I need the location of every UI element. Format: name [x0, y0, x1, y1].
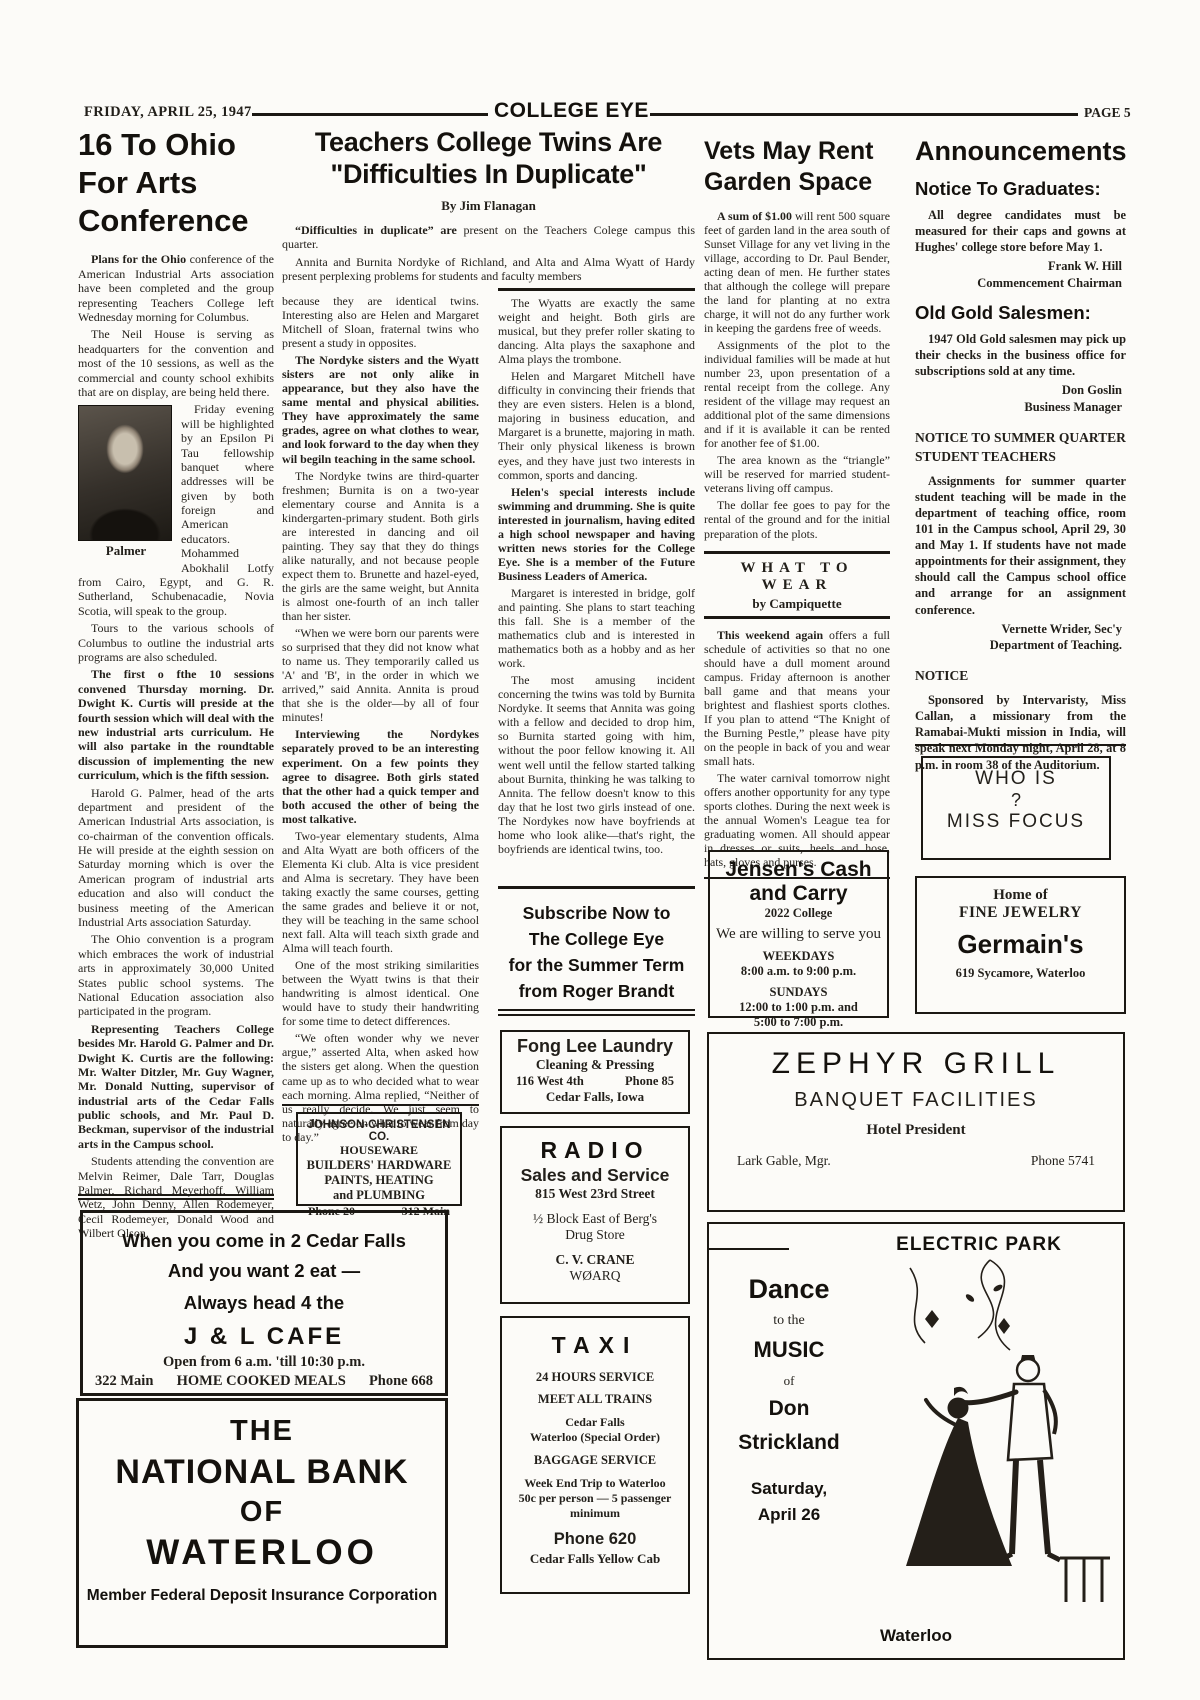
paragraph: “When we were born our parents were so s… [282, 626, 479, 724]
ad-text: And you want 2 eat — [83, 1260, 445, 1282]
ad-text: from Roger Brandt [498, 978, 695, 1004]
lead-phrase: Plans for the Ohio [91, 252, 186, 266]
ad-text: BANQUET FACILITIES [709, 1089, 1123, 1112]
ad-phone: Phone 85 [625, 1074, 674, 1089]
ad-company-name: Jensen's Cash [710, 858, 887, 882]
ad-contact-row: Lark Gable, Mgr. Phone 5741 [709, 1139, 1123, 1169]
ad-address: 116 West 4th [516, 1074, 584, 1089]
ad-text: 50c per person — 5 passenger [502, 1491, 688, 1506]
ad-label: SUNDAYS [710, 985, 887, 1000]
ad-city: Waterloo [709, 1626, 1123, 1646]
announcements-title: Announcements [915, 136, 1126, 167]
paragraph: The dollar fee goes to pay for the renta… [704, 498, 890, 540]
signature: Frank W. Hill Commencement Chairman [915, 258, 1126, 291]
signature-name: Don Goslin [915, 382, 1122, 398]
headline-line: Garden Space [704, 167, 890, 198]
masthead-page-number: PAGE 5 [1084, 105, 1131, 121]
headline-line: Conference [78, 202, 274, 240]
ad-call-sign: WØARQ [502, 1268, 688, 1284]
ad-title: ELECTRIC PARK [839, 1234, 1119, 1256]
paragraph: The first o fthe 10 sessions convened Th… [78, 667, 274, 782]
ad-text: ½ Block East of Berg's [502, 1211, 688, 1227]
ad-text: MISS FOCUS [923, 811, 1109, 833]
paragraph: The most amusing incident concerning the… [498, 673, 695, 856]
announcements-column: Announcements Notice To Graduates: All d… [915, 136, 1126, 776]
ad-company-name: Cedar Falls Yellow Cab [502, 1551, 688, 1567]
paragraph: This weekend again offers a full schedul… [704, 628, 890, 768]
ad-text: Hotel President [709, 1122, 1123, 1139]
ad-text: FINE JEWELRY [917, 904, 1124, 922]
article-ohio-conference: 16 To Ohio For Arts Conference Plans for… [78, 126, 274, 1244]
ad-text: minimum [502, 1506, 688, 1521]
ad-address: 2022 College [710, 906, 887, 921]
twins-headline: Teachers College Twins Are "Difficulties… [282, 126, 695, 191]
ad-label: WEEKDAYS [710, 949, 887, 964]
ad-text: MEET ALL TRAINS [502, 1392, 688, 1407]
paragraph: Interviewing the Nordykes separately pro… [282, 727, 479, 825]
headline-line: Teachers College Twins Are [282, 126, 695, 158]
paragraph: because they are identical twins. Intere… [282, 294, 479, 350]
ad-text: Strickland [709, 1431, 869, 1455]
headline-line: "Difficulties In Duplicate" [282, 158, 695, 190]
ad-tagline: We are willing to serve you [710, 926, 887, 943]
ad-text: Subscribe Now to [498, 900, 695, 926]
ad-text: Waterloo (Special Order) [502, 1430, 688, 1445]
ohio-headline: 16 To Ohio For Arts Conference [78, 126, 274, 239]
ad-text: Always head 4 the [83, 1292, 445, 1314]
ad-text: BAGGAGE SERVICE [502, 1453, 688, 1468]
ad-company-name: JOHNSON-CHRISTENSEN CO. [298, 1119, 460, 1143]
ad-contact-row: 322 Main HOME COOKED MEALS Phone 668 [83, 1371, 445, 1390]
ad-owner-name: C. V. CRANE [502, 1252, 688, 1268]
ad-text: Week End Trip to Waterloo [502, 1476, 688, 1491]
ad-text: Don [709, 1397, 869, 1421]
photo-caption: Palmer [78, 543, 174, 559]
ad-text: Home of [917, 887, 1124, 904]
ad-text: Cleaning & Pressing [502, 1057, 688, 1073]
paragraph: The Wyatts are exactly the same weight a… [498, 296, 695, 366]
ad-address: 815 West 23rd Street [502, 1186, 688, 1202]
signature-title: Department of Teaching. [915, 637, 1122, 653]
ad-phone: Phone 668 [369, 1373, 433, 1390]
ad-address: 619 Sycamore, Waterloo [917, 966, 1124, 981]
paragraph: Margaret is interested in bridge, golf a… [498, 586, 695, 670]
signature-name: Vernette Wrider, Sec'y [915, 621, 1122, 637]
paragraph: Assignments for summer quarter student t… [915, 473, 1126, 618]
ad-electric-park: ELECTRIC PARK Dance to the MUSIC of Don … [707, 1222, 1125, 1660]
ad-zephyr-grill: ZEPHYR GRILL BANQUET FACILITIES Hotel Pr… [707, 1032, 1125, 1212]
twins-byline: By Jim Flanagan [282, 198, 695, 214]
ad-city: Cedar Falls, Iowa [502, 1089, 688, 1105]
lead-phrase: This weekend again [717, 628, 823, 642]
paragraph-text: will rent 500 square feet of garden land… [704, 209, 890, 335]
ad-company-name: Fong Lee Laundry [502, 1036, 688, 1057]
ad-tagline: HOME COOKED MEALS [177, 1373, 346, 1390]
paragraph: The Ohio convention is a program which e… [78, 932, 274, 1018]
ad-hours: 8:00 a.m. to 9:00 p.m. [710, 964, 887, 979]
ad-jl-cafe: When you come in 2 Cedar Falls And you w… [80, 1210, 448, 1396]
masthead-date: FRIDAY, APRIL 25, 1947 [84, 104, 252, 121]
ad-text: Drug Store [502, 1227, 688, 1243]
paragraph: Tours to the various schools of Columbus… [78, 621, 274, 664]
ad-contact-row: 116 West 4th Phone 85 [502, 1073, 688, 1089]
ad-text: The College Eye [498, 926, 695, 952]
what-to-wear-heading: WHAT TO WEAR by Campiquette [704, 551, 890, 619]
lead-phrase: A sum of $1.00 [717, 209, 792, 223]
signature-title: Business Manager [915, 399, 1122, 415]
column-end-rule [282, 1104, 479, 1106]
column-end-rule [915, 744, 1126, 746]
ad-address: 322 Main [95, 1373, 153, 1390]
ad-text: Dance [709, 1274, 869, 1305]
section-heading: Notice To Graduates: [915, 178, 1126, 200]
signature-title: Commencement Chairman [915, 275, 1122, 291]
headline-line: Vets May Rent [704, 136, 890, 167]
ad-company-name: J & L CAFE [83, 1323, 445, 1351]
section-heading: Old Gold Salesmen: [915, 302, 1126, 324]
ad-taxi-yellow-cab: TAXI 24 HOURS SERVICE MEET ALL TRAINS Ce… [500, 1316, 690, 1594]
ad-johnson-christensen: JOHNSON-CHRISTENSEN CO. HOUSEWARE BUILDE… [296, 1112, 462, 1206]
section-heading: NOTICE TO SUMMER QUARTER STUDENT TEACHER… [915, 429, 1126, 467]
signature: Don Goslin Business Manager [915, 382, 1126, 415]
paragraph: Annita and Burnita Nordyke of Richland, … [282, 255, 695, 284]
ad-text: Saturday, [709, 1479, 869, 1499]
paragraph: Assignments of the plot to the individua… [704, 338, 890, 450]
ad-text: OF [79, 1496, 445, 1529]
paragraph: The area known as the “triangle” will be… [704, 453, 890, 495]
ad-phone: Phone 5741 [1031, 1153, 1095, 1169]
masthead-rule-right [650, 113, 1078, 116]
headline-line: 16 To Ohio [78, 126, 274, 164]
column-title: WHAT TO WEAR [704, 560, 890, 594]
ad-subtitle: Sales and Service [502, 1165, 688, 1186]
article-vets-garden: Vets May Rent Garden Space A sum of $1.0… [704, 136, 890, 879]
ad-fong-lee-laundry: Fong Lee Laundry Cleaning & Pressing 116… [500, 1030, 690, 1114]
paragraph: Helen's special interests include swimmi… [498, 485, 695, 583]
article-twins: Teachers College Twins Are "Difficulties… [282, 126, 695, 286]
ad-text: Cedar Falls [502, 1415, 688, 1430]
paragraph: The Nordyke sisters and the Wyatt sister… [282, 353, 479, 465]
ad-manager: Lark Gable, Mgr. [737, 1153, 831, 1169]
ad-who-is-miss-focus: WHO IS ? MISS FOCUS [921, 756, 1111, 860]
ad-text: April 26 [709, 1505, 869, 1525]
palmer-portrait-photo [78, 405, 172, 541]
ad-hours: Open from 6 a.m. 'till 10:30 p.m. [83, 1354, 445, 1371]
ad-text: ? [923, 790, 1109, 811]
newspaper-page: FRIDAY, APRIL 25, 1947 COLLEGE EYE PAGE … [0, 0, 1200, 1700]
section-heading: NOTICE [915, 667, 1126, 686]
ad-text: of [709, 1373, 869, 1389]
ad-text: HOUSEWARE [298, 1143, 460, 1158]
paragraph: Plans for the Ohio conference of the Ame… [78, 252, 274, 324]
ad-title: TAXI [502, 1332, 688, 1359]
paragraph: The Nordyke twins are third-quarter fres… [282, 469, 479, 624]
paragraph: One of the most striking similarities be… [282, 958, 479, 1028]
ad-text: THE [79, 1415, 445, 1448]
masthead-title: COLLEGE EYE [494, 99, 649, 123]
ad-text: BUILDERS' HARDWARE [298, 1158, 460, 1173]
ohio-body: Plans for the Ohio conference of the Ame… [78, 252, 274, 1240]
paragraph: Representing Teachers College besides Mr… [78, 1022, 274, 1152]
signature: Vernette Wrider, Sec'y Department of Tea… [915, 621, 1126, 654]
paragraph: “Difficulties in duplicate” are present … [282, 223, 695, 252]
dancing-couple-illustration [870, 1258, 1115, 1618]
ad-city: WATERLOO [79, 1533, 445, 1573]
twins-column-b: The Wyatts are exactly the same weight a… [498, 288, 695, 859]
signature-name: Frank W. Hill [915, 258, 1122, 274]
ad-text: MUSIC [709, 1337, 869, 1363]
lead-phrase: “Difficulties in duplicate” are [295, 223, 457, 237]
ad-company-name: and Carry [710, 882, 887, 906]
ad-company-name: NATIONAL BANK [79, 1453, 445, 1492]
vets-headline: Vets May Rent Garden Space [704, 136, 890, 199]
ad-text-column: Dance to the MUSIC of Don Strickland Sat… [709, 1224, 869, 1658]
headline-line: For Arts [78, 164, 274, 202]
ad-member-line: Member Federal Deposit Insurance Corpora… [79, 1587, 445, 1605]
ad-subscribe-college-eye: Subscribe Now to The College Eye for the… [498, 886, 695, 1016]
ad-text: for the Summer Term [498, 952, 695, 978]
ad-title: RADIO [502, 1137, 688, 1164]
paragraph: The Neil House is serving as headquarter… [78, 327, 274, 399]
ad-company-name: Germain's [917, 929, 1124, 960]
ad-text: 24 HOURS SERVICE [502, 1370, 688, 1385]
paragraph: Two-year elementary students, Alma and A… [282, 829, 479, 955]
ad-phone: Phone 620 [502, 1530, 688, 1549]
paragraph-text: offers a full schedule of activities so … [704, 628, 890, 768]
paragraph: Harold G. Palmer, head of the arts depar… [78, 786, 274, 930]
ad-hours: 12:00 to 1:00 p.m. and [710, 1000, 887, 1015]
ad-text: WHO IS [923, 768, 1109, 790]
paragraph: Helen and Margaret Mitchell have difficu… [498, 369, 695, 481]
ad-jensens-cash-carry: Jensen's Cash and Carry 2022 College We … [708, 850, 889, 1018]
palmer-photo-block: Palmer [78, 405, 174, 559]
paragraph: 1947 Old Gold salesmen may pick up their… [915, 331, 1126, 379]
ad-national-bank-waterloo: THE NATIONAL BANK OF WATERLOO Member Fed… [76, 1398, 448, 1648]
ad-text: and PLUMBING [298, 1188, 460, 1203]
ad-germains-jewelry: Home of FINE JEWELRY Germain's 619 Sycam… [915, 876, 1126, 1014]
ad-text: to the [709, 1313, 869, 1329]
ad-radio-sales-service: RADIO Sales and Service 815 West 23rd St… [500, 1126, 690, 1304]
column-byline: by Campiquette [704, 596, 890, 612]
twins-column-a: because they are identical twins. Intere… [282, 294, 479, 1147]
masthead-rule-left [252, 113, 488, 116]
ad-company-name: ZEPHYR GRILL [709, 1047, 1123, 1081]
paragraph: All degree candidates must be measured f… [915, 207, 1126, 255]
ad-text: When you come in 2 Cedar Falls [83, 1230, 445, 1252]
ad-hours: 5:00 to 7:00 p.m. [710, 1015, 887, 1030]
column-end-rule [78, 1194, 274, 1200]
paragraph: A sum of $1.00 will rent 500 square feet… [704, 209, 890, 335]
ad-text: PAINTS, HEATING [298, 1173, 460, 1188]
